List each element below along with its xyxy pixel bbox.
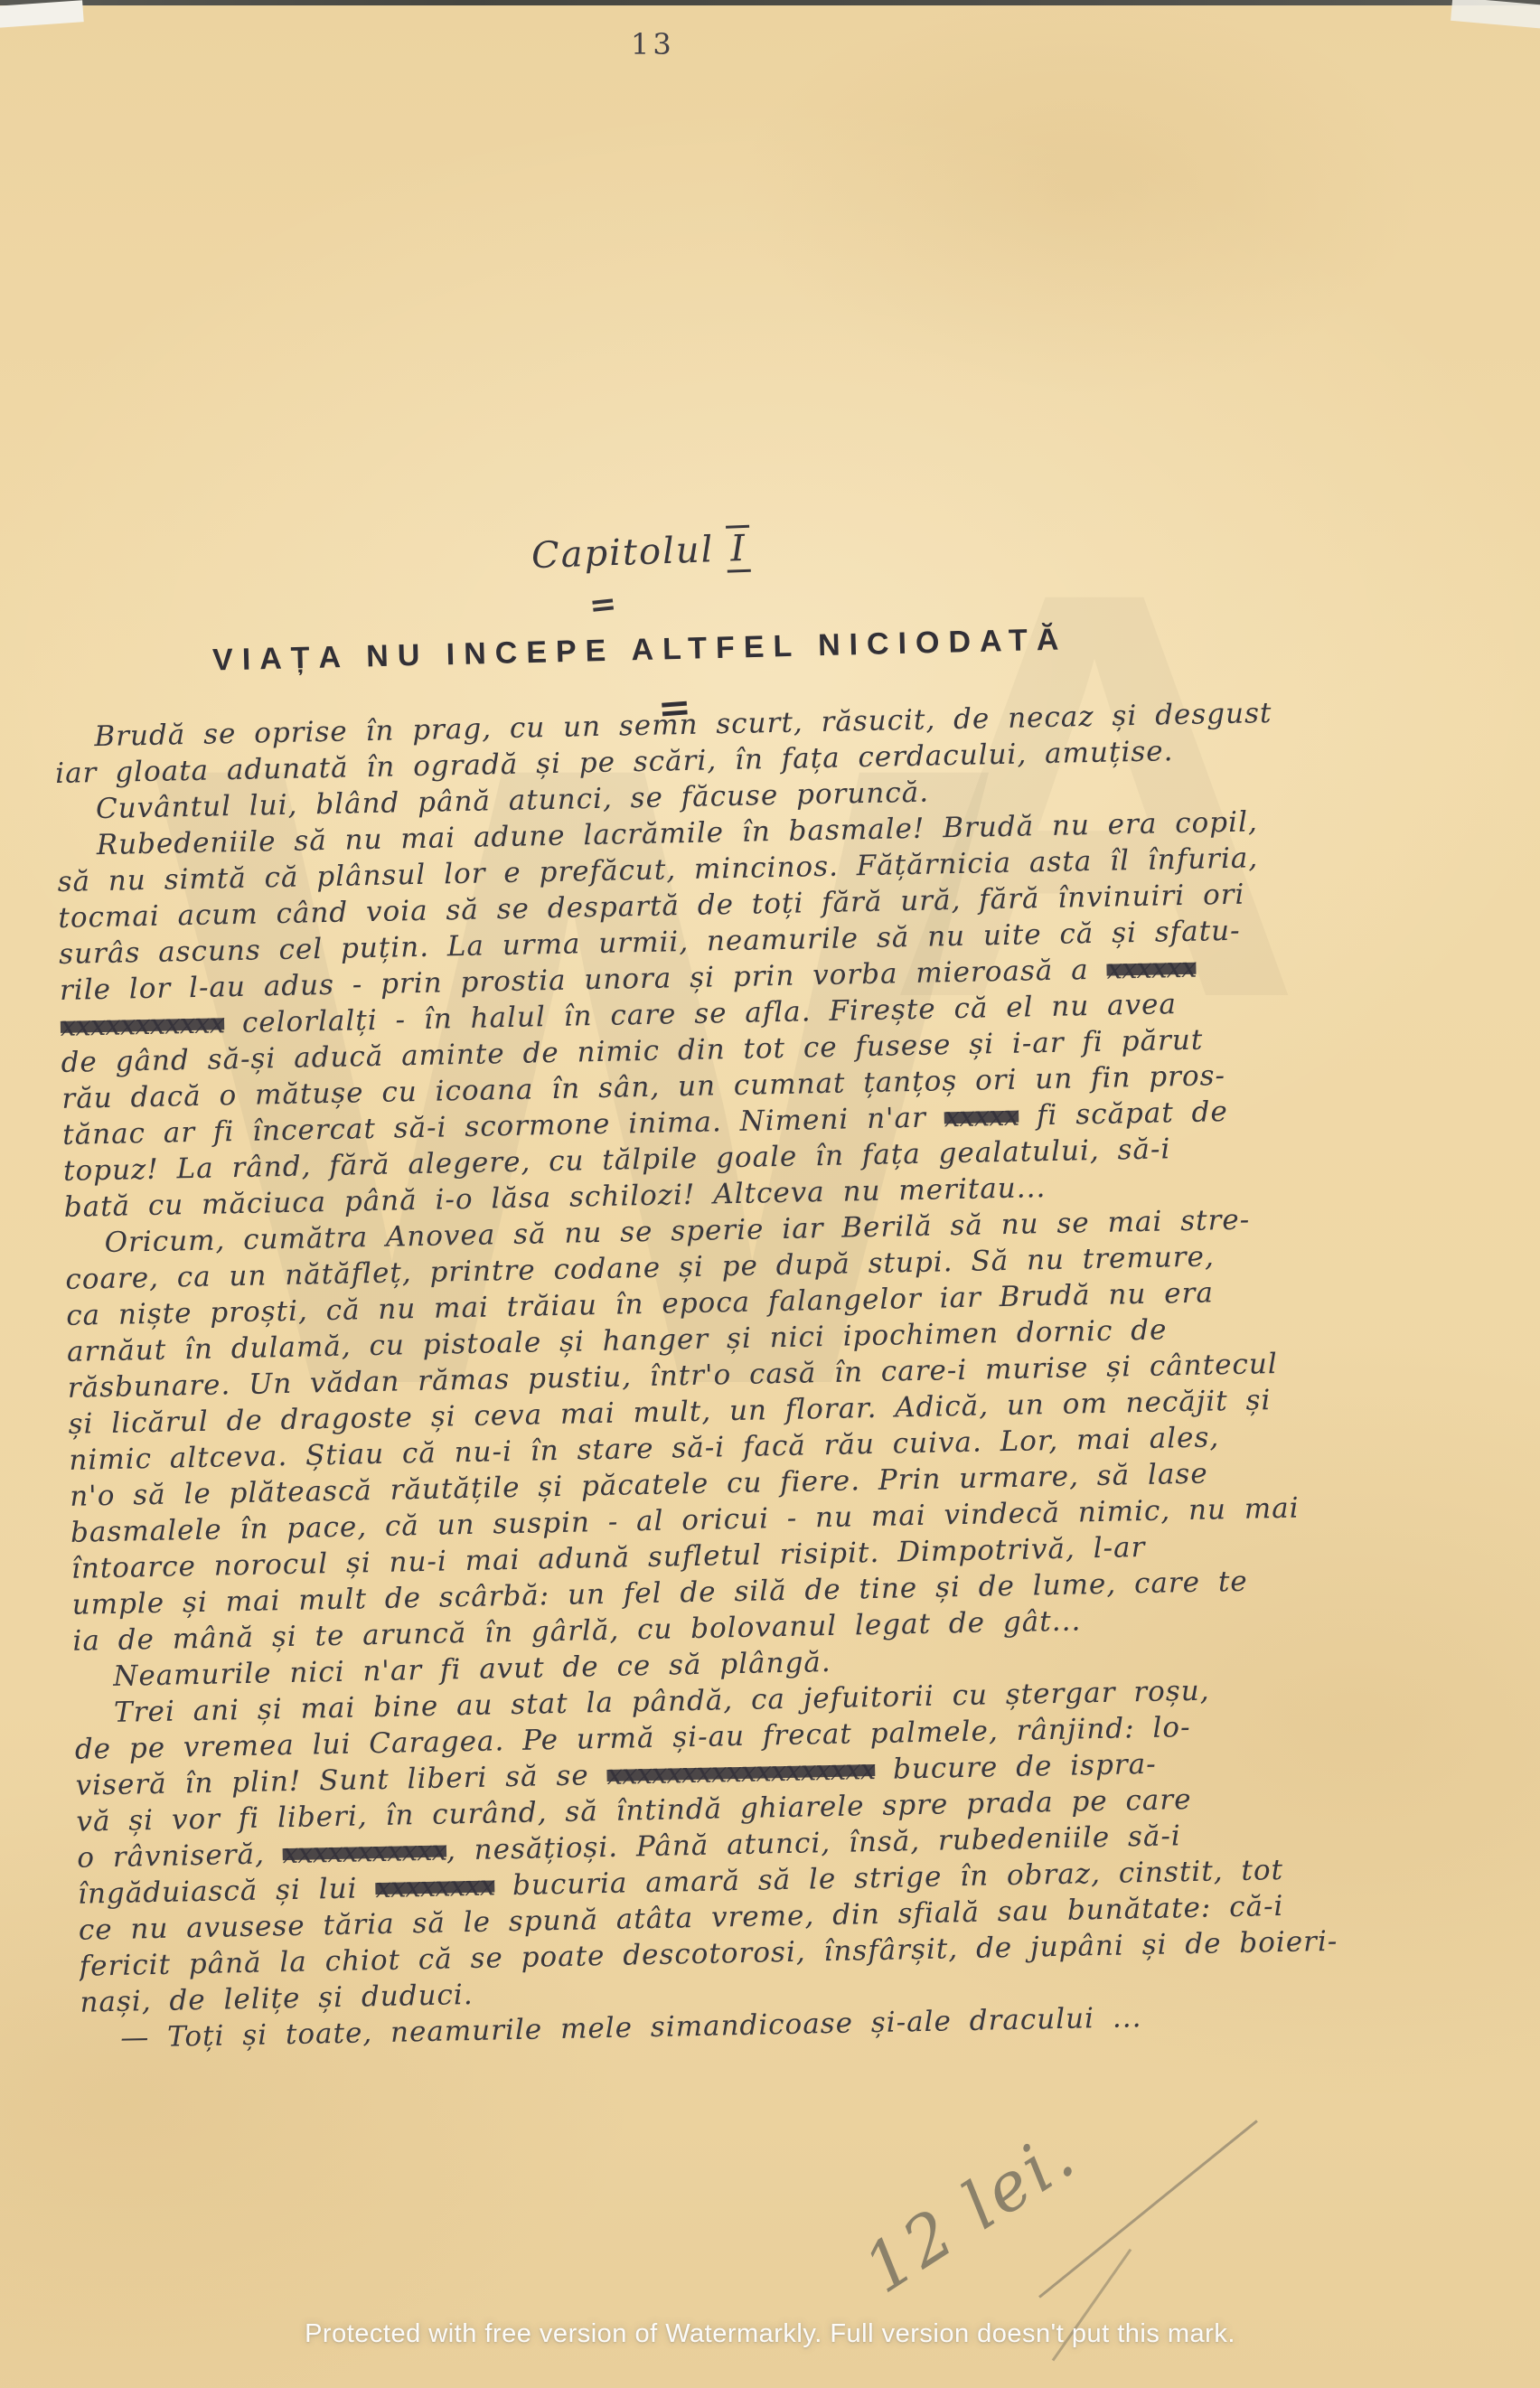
crossed-out-text: xxxxx (944, 1100, 1019, 1134)
chapter-numeral: I (726, 525, 751, 573)
chapter-word: Capitolul (531, 529, 715, 577)
handwritten-text: o râvniseră, (77, 1838, 283, 1875)
crossed-out-text: xxxxxxxx (375, 1869, 495, 1904)
page-number: 13 (631, 27, 675, 61)
page-title: VIAȚA NU INCEPE ALTFEL NICIODATĂ (212, 622, 1068, 678)
handwritten-text: nași, de lelițe și duduci. (80, 1979, 474, 2019)
chapter-heading: CapitolulI (531, 528, 751, 577)
crossed-out-text: xxxxxxxxxxx (282, 1835, 446, 1871)
manuscript-page: W A 13 CapitolulI = VIAȚA NU INCEPE ALTF… (0, 0, 1540, 2388)
chapter-underline-mark: = (587, 585, 616, 625)
handwritten-text: fi scăpat de (1019, 1095, 1228, 1133)
crossed-out-text: xxxxxx (1106, 952, 1197, 986)
scan-corner-top-left (0, 0, 84, 29)
handwritten-text: bucure de ispra- (875, 1748, 1157, 1786)
scan-edge-top (0, 0, 1540, 5)
crossed-out-text: xxxxxxxxxxxxxxxxxx (606, 1753, 875, 1791)
manuscript-body: Brudă se oprise în prag, cu un semn scur… (54, 691, 1526, 2057)
watermark-text: Protected with free version of Watermark… (0, 2319, 1540, 2349)
pencil-stroke (1038, 2120, 1258, 2298)
crossed-out-text: xxxxxxxxxxx (60, 1007, 224, 1043)
scan-corner-top-right (1451, 0, 1540, 30)
handwritten-text: îngăduiască și lui (78, 1872, 376, 1911)
pencil-note: 12 lei. (850, 2115, 1090, 2308)
